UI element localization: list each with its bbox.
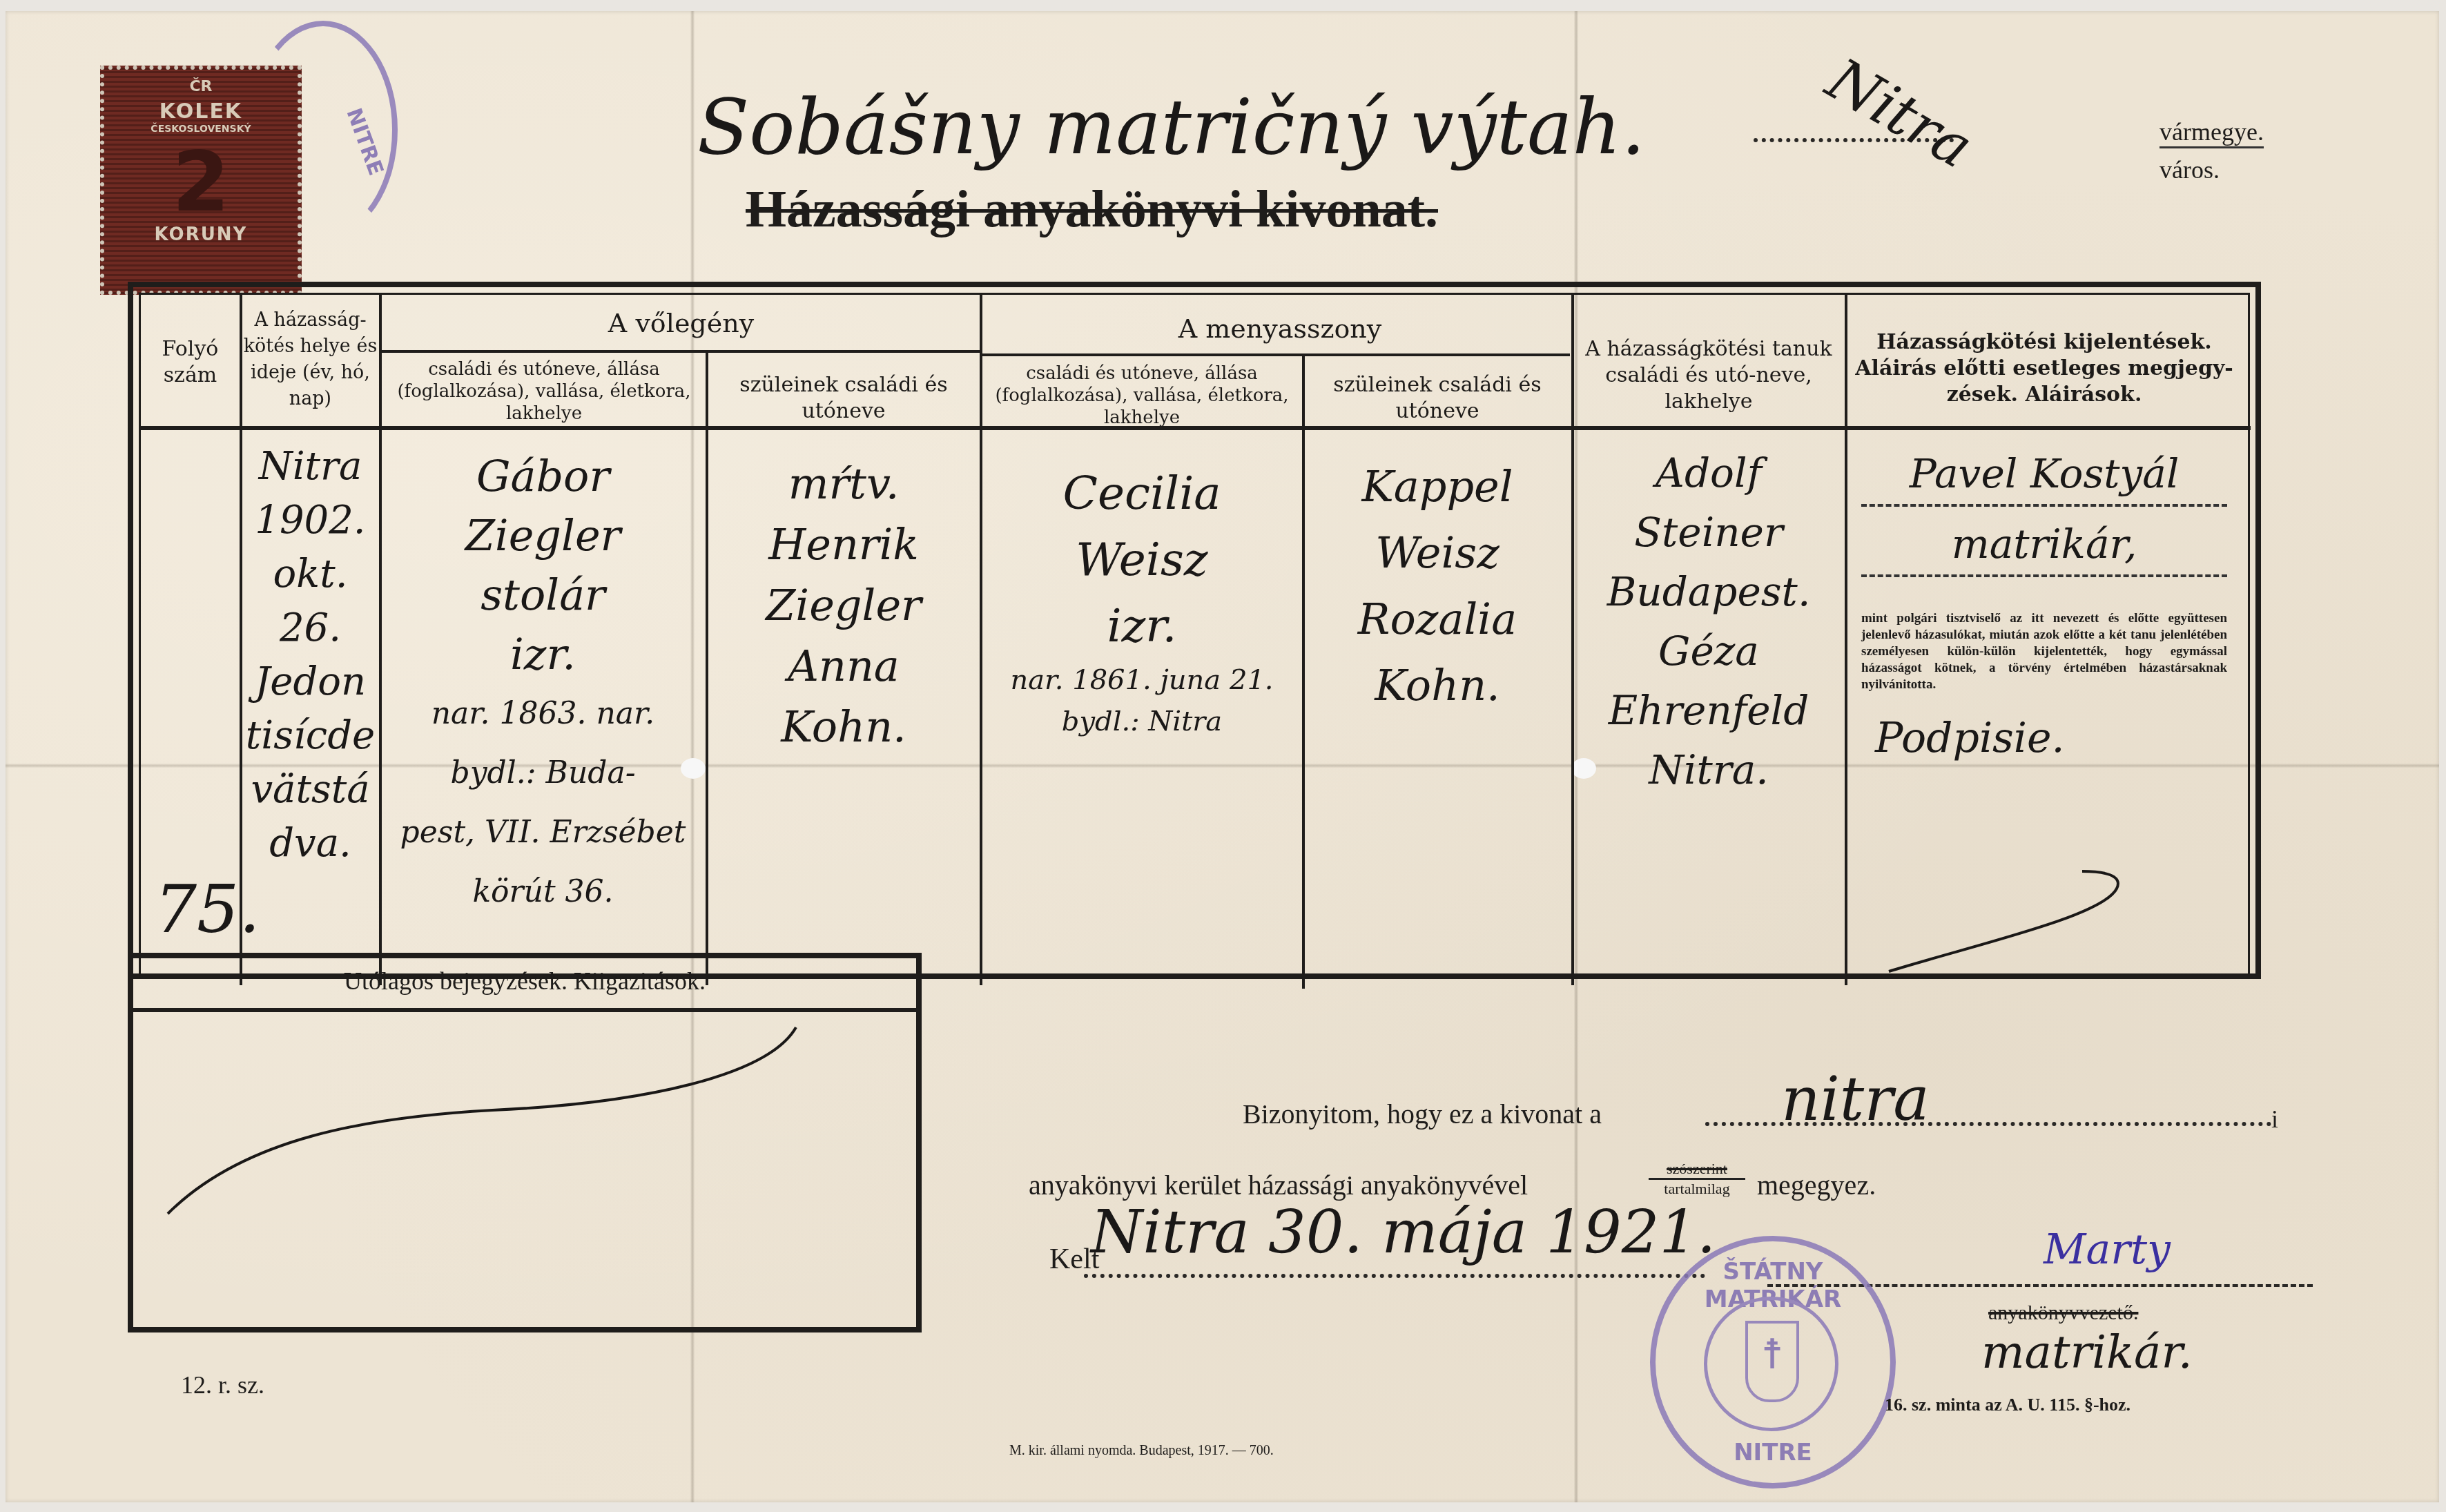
groom-father-surname: Ziegler <box>709 575 978 636</box>
dashed-line <box>1861 504 2227 507</box>
bride-parents-cell: Kappel Weisz Rozalia Kohn. <box>1305 454 1570 719</box>
printer-imprint: M. kir. állami nyomda. Budapest, 1917. —… <box>1009 1443 1274 1459</box>
groom-residence: bydl.: Buda- <box>382 744 703 803</box>
witness-1-surname: Steiner <box>1574 503 1843 562</box>
witnesses-cell: Adolf Steiner Budapest. Géza Ehrenfeld N… <box>1574 443 1843 799</box>
model-reference: 16. sz. minta az A. U. 115. §-hoz. <box>1885 1395 2130 1415</box>
officer-signature: Podpisie. <box>1875 714 2241 762</box>
date-words: vätstá <box>243 763 378 817</box>
bride-mother-surname: Kohn. <box>1305 652 1570 719</box>
printed-title-struck: Házassági anyakönyvi kivonat. <box>746 180 1438 240</box>
groom-mother-surname: Kohn. <box>709 697 978 757</box>
bride-surname: Weisz <box>983 527 1301 593</box>
certification-line-1: Bizonyitom, hogy ez a kivonat a <box>1243 1098 1602 1130</box>
dashed-line <box>1861 574 2227 577</box>
groom-parents-cell: mŕtv. Henrik Ziegler Anna Kohn. <box>709 454 978 757</box>
day: 26. <box>243 601 378 655</box>
header-groom-details: családi és utóneve, állása (foglalkozása… <box>384 358 704 425</box>
registrar-title-handwritten: matrikár. <box>1981 1326 2193 1379</box>
notes-title: Utólagos bejegyzések. Kiigazitások. <box>133 958 916 1012</box>
header-bride-details: családi és utóneve, állása (foglalkozása… <box>983 362 1301 429</box>
bride-first-name: Cecilia <box>983 461 1301 527</box>
groom-first-name: Gábor <box>382 447 703 506</box>
witness-2-surname: Ehrenfeld <box>1574 681 1843 740</box>
certification-line-2: anyakönyvi kerület házassági anyakönyvév… <box>1029 1169 1528 1201</box>
top-seal-icon: NITRE <box>249 21 398 239</box>
col-divider <box>379 295 382 985</box>
groom-parents-line: mŕtv. <box>709 454 978 514</box>
witness-2-residence: Nitra. <box>1574 740 1843 799</box>
group-divider <box>980 353 1570 356</box>
year: 1902. <box>243 494 378 547</box>
date-words: dva. <box>243 817 378 871</box>
registrar-signature-blue: Marty <box>2044 1225 2171 1274</box>
bride-cell: Cecilia Weisz izr. nar. 1861. juna 21. b… <box>983 461 1301 742</box>
header-bride-parents: szüleinek családi és utóneve <box>1305 372 1570 425</box>
table-inner-border: Folyó szám A házasság-kötés helye és ide… <box>139 293 2250 973</box>
officer-title: matrikár, <box>1847 521 2241 568</box>
groom-residence: pest, VII. Erzsébet <box>382 803 703 862</box>
officer-name: Pavel Kostyál <box>1847 450 2241 497</box>
groom-cell: Gábor Ziegler stolár izr. nar. 1863. nar… <box>382 447 703 922</box>
groom-father: Henrik <box>709 514 978 575</box>
header-serial: Folyó szám <box>141 336 240 389</box>
declaration-printed-text: mint polgári tisztviselő az itt nevezett… <box>1861 610 2227 693</box>
cancel-flourish-icon <box>161 1020 851 1228</box>
declaration-cell: Pavel Kostyál matrikár, mint polgári tis… <box>1847 433 2241 978</box>
bride-religion: izr. <box>983 593 1301 659</box>
bride-father: Kappel <box>1305 454 1570 520</box>
header-groom: A vőlegény <box>382 310 980 336</box>
option-fraction: szószerint tartalmilag <box>1649 1160 1745 1198</box>
bride-mother: Rozalia <box>1305 586 1570 652</box>
signature-flourish-icon <box>1875 868 2137 978</box>
witness-2-first: Géza <box>1574 621 1843 681</box>
groom-birth: nar. 1863. nar. <box>382 684 703 744</box>
date-words: Jedon <box>243 655 378 709</box>
registrar-title-struck: anyakönyvvezető. <box>1988 1301 2138 1325</box>
groom-occupation: stolár <box>382 565 703 625</box>
header-place-date: A házasság-kötés helye és ideje (év, hó,… <box>243 307 378 412</box>
header-witnesses: A házasságkötési tanuk családi és utó-ne… <box>1574 336 1843 415</box>
month: okt. <box>243 547 378 601</box>
option-kept: tartalmilag <box>1649 1180 1745 1198</box>
witness-1-residence: Budapest. <box>1574 562 1843 621</box>
place-date-cell: Nitra 1902. okt. 26. Jedon tisícde vätst… <box>243 440 378 871</box>
handwritten-title: Sobášny matričný výtah. <box>697 83 1645 171</box>
district-suffix: i <box>2271 1105 2278 1134</box>
groom-residence: körút 36. <box>382 862 703 922</box>
district-handwritten: nitra <box>1781 1063 1930 1134</box>
col-divider <box>980 295 982 985</box>
top-seal-text: NITRE <box>342 105 388 178</box>
option-struck: szószerint <box>1649 1160 1745 1180</box>
bride-birth: nar. 1861. juna 21. <box>983 659 1301 701</box>
seal-text-bottom: NITRE <box>1656 1439 1890 1466</box>
witness-1-first: Adolf <box>1574 443 1843 503</box>
marriage-record-table: Folyó szám A házasság-kötés helye és ide… <box>128 282 2261 979</box>
county-label: vármegye. <box>2159 117 2264 148</box>
header-bride: A menyasszony <box>983 316 1577 342</box>
coat-of-arms-icon: ☨ <box>1704 1297 1838 1431</box>
header-groom-parents: szüleinek családi és utóneve <box>709 372 978 425</box>
groom-mother: Anna <box>709 636 978 697</box>
groom-religion: izr. <box>382 625 703 684</box>
bride-father-surname: Weisz <box>1305 520 1570 586</box>
date-words: tisícde <box>243 709 378 763</box>
col-divider <box>706 350 708 985</box>
serial-number: 75. <box>155 875 237 944</box>
city-label: város. <box>2159 155 2220 184</box>
form-number: 12. r. sz. <box>181 1370 264 1399</box>
group-divider <box>379 350 980 353</box>
kelt-date-handwritten: Nitra 30. mája 1921. <box>1091 1198 1716 1267</box>
groom-surname: Ziegler <box>382 506 703 565</box>
notes-box: Utólagos bejegyzések. Kiigazitások. <box>128 953 922 1332</box>
kelt-dotted-line <box>1084 1274 1705 1278</box>
certification-agrees: megegyez. <box>1757 1169 1876 1201</box>
place: Nitra <box>243 440 378 494</box>
registrar-seal-icon: ŠTÁTNY MATRIKÁR ☨ NITRE <box>1650 1236 1896 1489</box>
header-declarations: Házasságkötési kijelentések. Aláirás elő… <box>1847 329 2241 408</box>
stamp-currency: KORUNY <box>104 224 298 245</box>
shield-cross-icon: ☨ <box>1745 1321 1799 1402</box>
bride-residence: bydl.: Nitra <box>983 701 1301 742</box>
cert-prefix: Bizonyitom, hogy ez a kivonat a <box>1243 1098 1602 1130</box>
